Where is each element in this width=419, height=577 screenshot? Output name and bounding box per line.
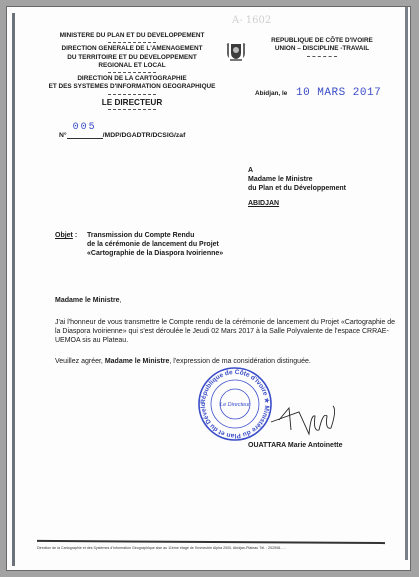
subject-separator: : [73, 232, 77, 239]
reference-number: N°005/MDP/DGADTR/DCSIG/zaf [59, 130, 185, 139]
subject-line: «Cartographie de la Diaspora Ivoirienne» [87, 249, 223, 258]
sender-header: MINISTERE DU PLAN ET DU DEVELOPPEMENT DI… [37, 32, 227, 112]
salutation: Madame le Ministre, [55, 297, 122, 304]
scan-edge-left [12, 13, 15, 566]
footer-address: Direction de la Cartographie et des Syst… [37, 546, 397, 550]
handwritten-mark: A- 1602 [232, 15, 271, 26]
coat-of-arms-icon [225, 40, 247, 62]
addressee-line: A [248, 166, 346, 175]
salutation-punct: , [120, 297, 122, 304]
divider [108, 109, 156, 111]
republic-header: REPUBLIQUE DE CÔTE D'IVOIRE UNION – DISC… [257, 37, 387, 60]
scan-edge-right [405, 7, 408, 560]
addressee-city: ABIDJAN [248, 199, 346, 208]
letter-body: J'ai l'honneur de vous transmettre le Co… [55, 318, 400, 345]
divider [108, 42, 156, 44]
reference-blank: 005 [67, 130, 103, 139]
signature-icon [269, 402, 339, 437]
direction-generale-line: DIRECTION GENERALE DE L'AMENAGEMENT [37, 45, 227, 53]
addressee-line: du Plan et du Développement [248, 184, 346, 193]
ministry-name: MINISTERE DU PLAN ET DU DEVELOPPEMENT [37, 32, 227, 40]
sender-title: LE DIRECTEUR [37, 99, 227, 107]
reference-suffix: /MDP/DGADTR/DCSIG/zaf [103, 132, 186, 139]
salutation-text: Madame le Ministre [55, 297, 120, 304]
direction-line: DIRECTION DE LA CARTOGRAPHIE [37, 75, 227, 83]
document-page: A- 1602 MINISTERE DU PLAN ET DU DEVELOPP… [6, 6, 411, 571]
subject-label: Objet [55, 232, 73, 239]
subject-line: Transmission du Compte Rendu [87, 231, 223, 240]
direction-line: ET DES SYSTEMES D'INFORMATION GEOGRAPHIQ… [37, 83, 227, 91]
divider [108, 94, 156, 96]
subject-lines: Transmission du Compte Rendu de la cérém… [85, 231, 223, 258]
date-prefix: Abidjan, le [255, 90, 287, 97]
footer-rule [37, 540, 385, 544]
closing-formula: Veuillez agréer, Madame le Ministre, l'e… [55, 358, 405, 365]
reference-handwritten-number: 005 [73, 122, 97, 133]
direction-generale-line: REGIONAL ET LOCAL [37, 62, 227, 70]
addressee-line: Madame le Ministre [248, 175, 346, 184]
subject-line: de la cérémonie de lancement du Projet [87, 240, 223, 249]
date-stamp: 10 MARS 2017 [296, 87, 381, 99]
closing-bold: Madame le Ministre [105, 358, 170, 365]
official-stamp-icon: République de Côte d'Ivoire ★ Ministère … [197, 366, 273, 442]
reference-prefix: N° [59, 132, 67, 139]
signatory-name: OUATTARA Marie Antoinette [248, 442, 343, 449]
divider [108, 72, 156, 74]
subject-block: Objet : Transmission du Compte Rendu de … [55, 231, 77, 240]
national-motto: UNION – DISCIPLINE -TRAVAIL [257, 45, 387, 53]
divider [307, 56, 337, 58]
stamp-center-text: Le Directeur [220, 402, 251, 408]
addressee-block: A Madame le Ministre du Plan et du Dével… [248, 166, 346, 208]
country-name: REPUBLIQUE DE CÔTE D'IVOIRE [257, 37, 387, 45]
closing-after: , l'expression de ma considération disti… [169, 358, 310, 365]
closing-before: Veuillez agréer, [55, 358, 105, 365]
direction-generale-line: DU TERRITOIRE ET DU DEVELOPPEMENT [37, 54, 227, 62]
